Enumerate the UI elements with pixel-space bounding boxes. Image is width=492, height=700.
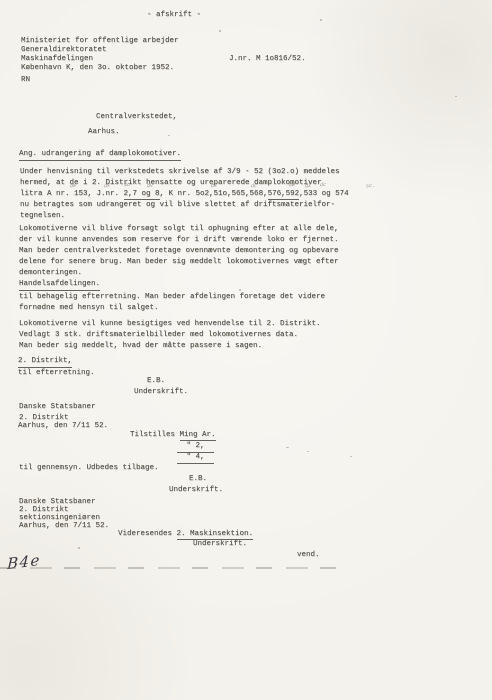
subject-line: Ang. udrangering af damplokomotiver. [19, 150, 181, 161]
signature-auth: E.B. [147, 377, 165, 386]
body-line: Lokomotiverne vil kunne besigtiges ved h… [19, 320, 321, 329]
body-line: der vil kunne anvendes som reserve for i… [19, 236, 339, 245]
scan-speck [78, 547, 80, 549]
signature-label: Underskrift. [193, 540, 247, 549]
pencil-mark: ds [104, 184, 110, 189]
org-line: Danske Statsbaner [19, 403, 96, 412]
underlined-numbers: 576,592 [268, 190, 300, 200]
forward-action-line: Tilstilles Ming Ar. [130, 431, 216, 440]
ditto-line-4: " 4, [177, 453, 214, 464]
forward-prefix: Videresendes [118, 530, 177, 538]
body-line: fornødne med hensyn til salget. [19, 304, 159, 313]
sender-initials: RN [21, 76, 30, 85]
pencil-mark: dv [147, 184, 153, 189]
body-line: demonteringen. [19, 269, 82, 278]
pencil-mark: dc [251, 184, 257, 189]
body-line: til behagelig efterretning. Man beder af… [19, 293, 325, 302]
turn-note: vend. [297, 551, 320, 560]
place-date-line: Aarhus, den 7/11 52. [19, 522, 109, 531]
scan-speck [168, 135, 170, 136]
page-fold-dashed-line [0, 567, 349, 569]
body-line: nu betragtes som udrangeret og vil blive… [20, 201, 335, 210]
section-heading-distrikt: 2. Distrikt, [18, 357, 72, 368]
sender-line-1: Ministeriet for offentlige arbejder [21, 37, 179, 46]
forward-prefix: Tilstilles [130, 431, 180, 439]
forward-target: Ming Ar. [180, 431, 216, 441]
body-line: til gennemsyn. Udbedes tilbage. [19, 464, 159, 473]
scan-speck [455, 96, 457, 97]
pencil-mark: dz [305, 184, 311, 189]
body-line: delene for senere brug. Man beder sig me… [19, 258, 339, 267]
body-text: litra A nr. 153, J.nr. [20, 190, 124, 198]
body-line: Man beder sig meddelt, hvad der måtte pa… [19, 342, 262, 351]
sender-line-3: Maskinafdelingen [21, 55, 93, 64]
body-line: Vedlagt 3 stk. driftsmaterielbilleder me… [19, 331, 298, 340]
pencil-mark: dc [320, 183, 326, 188]
scan-speck [307, 451, 309, 452]
copy-mark: - afskrift - [147, 11, 201, 20]
body-text: ,533 og 574 [299, 190, 349, 198]
sender-line-2: Generaldirektoratet [21, 46, 107, 55]
body-line: Under henvisning til verkstedets skrivel… [20, 168, 340, 177]
sender-date-line: København K, den 3o. oktober 1952. [21, 64, 174, 73]
signature-auth: E.B. [189, 475, 207, 484]
handwritten-ref: B4e [7, 551, 42, 573]
body-line: Man beder centralverkstedet foretage ove… [19, 247, 339, 256]
underlined-numbers: 2,7 og 8 [124, 190, 160, 200]
journal-number: J.nr. M 1o816/52. [229, 55, 306, 64]
body-line: hermed, at de i 2. Distrikt hensatte og … [20, 179, 322, 188]
pencil-mark: ds [211, 184, 217, 189]
place-date-line: Aarhus, den 7/11 52. [18, 422, 108, 431]
scan-speck [239, 289, 241, 291]
body-line: Lokomotiverne vil blive forsøgt solgt ti… [19, 225, 339, 234]
body-text: , K nr. 5o2,51o,565,568, [160, 190, 268, 198]
recipient-line-1: Centralverkstedet, [96, 113, 177, 122]
scan-speck [320, 19, 322, 21]
scan-speck [350, 456, 352, 457]
pencil-mark: sc. [366, 184, 375, 190]
pencil-mark: 4c [124, 183, 130, 188]
body-line: til efterretning. [18, 369, 95, 378]
scan-speck [286, 447, 289, 448]
scan-speck [219, 30, 221, 32]
scanned-letter-page: - afskrift - Ministeriet for offentlige … [0, 0, 492, 700]
ditto-line-2: " 2, [177, 442, 214, 453]
section-heading-handelsafdelingen: Handelsafdelingen. [19, 280, 100, 291]
forward-action-line: Videresendes 2. Maskinsektion. [118, 530, 253, 539]
recipient-line-2: Aarhus. [88, 128, 120, 137]
body-line-loco-numbers: litra A nr. 153, J.nr. 2,7 og 8, K nr. 5… [20, 190, 349, 199]
signature-label: Underskrift. [169, 486, 223, 495]
pencil-mark: de [70, 184, 76, 189]
signature-label: Underskrift. [134, 388, 188, 397]
forward-target: 2. Maskinsektion. [177, 530, 254, 540]
pencil-mark: dw [289, 183, 295, 188]
body-line: tegnelsen. [20, 212, 65, 221]
